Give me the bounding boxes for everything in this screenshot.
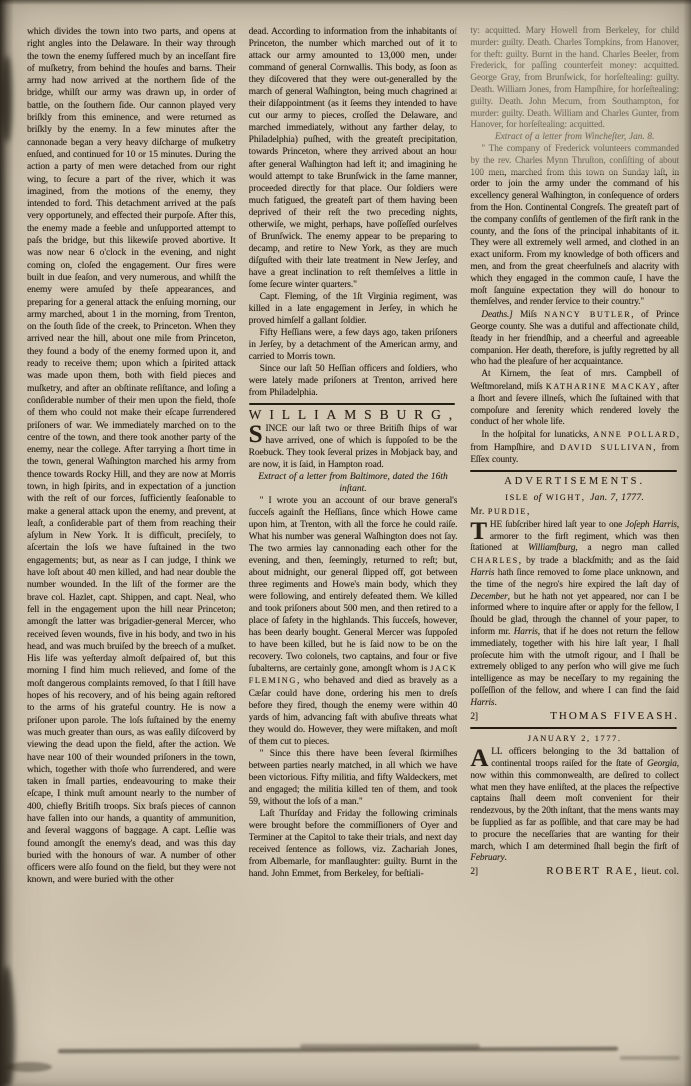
drop-cap: S — [249, 423, 266, 445]
signature-mark: 2] — [470, 867, 478, 879]
article-paragraph: ty: acquitted. Mary Howell from Berkeley… — [470, 26, 679, 132]
signature-name: THOMAS FIVEASH. — [550, 711, 679, 723]
article-paragraph: " I wrote you an account of our brave ge… — [249, 495, 458, 748]
article-paragraph: Laſt Thurſday and Friday the following c… — [249, 808, 458, 880]
extract-caption: Extract of a letter from Wincheſter, Jan… — [470, 132, 679, 144]
advert-signature: 2]ROBERT RAE, lieut. col. — [470, 866, 679, 879]
ink-smudge-left — [1, 56, 12, 142]
city-dateline-heading: W I L L I A M S B U R G , Jan. 24. — [249, 409, 458, 421]
article-paragraph: " The company of Frederick volunteers co… — [470, 144, 679, 309]
scan-edge-left — [0, 0, 14, 1086]
drop-cap: A — [470, 747, 491, 769]
extract-caption: Extract of a letter from Baltimore, date… — [249, 471, 458, 495]
article-paragraph: dead. According to information from the … — [249, 26, 458, 291]
article-paragraph: In the hoſpital for lunaticks, ANNE POLL… — [470, 429, 679, 466]
column-right: ty: acquitted. Mary Howell from Berkeley… — [470, 26, 679, 1048]
signature-mark: 2] — [470, 712, 478, 724]
signature-name: ROBERT RAE, lieut. col. — [546, 866, 679, 879]
newspaper-columns: which divides the town into two parts, a… — [27, 26, 679, 1048]
dropcap-paragraph: ALL officers belonging to the 3d battali… — [470, 747, 679, 865]
article-paragraph: Fifty Heſſians were, a few days ago, tak… — [249, 327, 458, 363]
section-rule — [249, 403, 456, 405]
section-rule — [470, 470, 677, 472]
column-left: which divides the town into two parts, a… — [27, 26, 236, 1048]
advert-dateline: JANUARY 2, 1777. — [470, 733, 679, 746]
advert-signature: 2]THOMAS FIVEASH. — [470, 711, 679, 724]
dropcap-paragraph: SINCE our laſt two or three Britiſh ſhip… — [249, 423, 458, 471]
article-paragraph: Capt. Fleming, of the 1ſt Virginia regim… — [249, 291, 458, 327]
article-paragraph: " Since this there have been ſeveral ſki… — [249, 748, 458, 808]
scan-edge-right — [683, 0, 691, 1086]
scan-smudge-bottom-3 — [620, 1056, 680, 1060]
advertisements-heading: ADVERTISEMENTS. — [470, 476, 679, 488]
dropcap-paragraph: THE ſubſcriber hired laſt year to one Jo… — [470, 520, 679, 710]
drop-cap: T — [470, 520, 490, 542]
article-paragraph: which divides the town into two parts, a… — [27, 26, 236, 887]
article-paragraph: Deaths.] Miſs NANCY BUTLER, of Prince Ge… — [470, 309, 679, 369]
advert-salutation: Mr. PURDIE, — [470, 506, 679, 519]
ink-smudge-bottom-left — [0, 966, 15, 1086]
advert-dateline: ISLE of WIGHT, Jan. 7, 1777. — [470, 492, 679, 505]
article-paragraph: Since our laſt 50 Heſſian officers and ſ… — [249, 363, 458, 399]
newspaper-page-scan: which divides the town into two parts, a… — [0, 0, 691, 1086]
scan-edge-top — [0, 0, 691, 5]
column-middle: dead. According to information from the … — [249, 26, 458, 1048]
section-rule — [470, 727, 677, 729]
article-paragraph: At Kirnem, the ſeat of mrs. Campbell of … — [470, 369, 679, 429]
scan-smudge-corner — [6, 1062, 52, 1072]
